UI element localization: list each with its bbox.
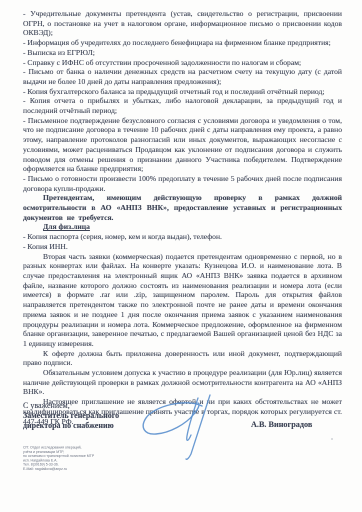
fineprint-line: E-Mail: nagdailova@anpz.ru bbox=[23, 467, 123, 471]
signatory-name: А.В. Виноградов bbox=[251, 420, 312, 429]
scan-artifact-dot bbox=[331, 438, 333, 440]
requirements-list: - Учредительные документы претендента (у… bbox=[23, 9, 342, 193]
contact-fineprint: СП: Отдел исследования операций, учёта и… bbox=[23, 446, 223, 498]
requirement-item: - Информация об учредителях до последнег… bbox=[23, 38, 342, 48]
document-page: - Учредительные документы претендента (у… bbox=[0, 0, 362, 512]
signatory-title-line2: директора по снабжению bbox=[23, 421, 119, 431]
body-paragraph: К оферте должна быть приложена доверенно… bbox=[23, 349, 342, 368]
requirement-item: - Выписка из ЕГРЮЛ; bbox=[23, 48, 342, 58]
fiz-person-heading-text: Для физ.лица bbox=[43, 222, 90, 231]
requirement-item: - Учредительные документы претендента (у… bbox=[23, 9, 342, 38]
requirement-item: - Копия бухгалтерского баланса за предыд… bbox=[23, 87, 342, 97]
body-paragraph: Вторая часть заявки (коммерческая) подае… bbox=[23, 252, 342, 349]
requirement-item: - Копия отчета о прибылях и убытках, либ… bbox=[23, 96, 342, 115]
signatory-title-line1: Заместитель генерального bbox=[23, 411, 119, 421]
fiz-person-item: - Копия ИНН. bbox=[23, 242, 342, 252]
salutation: С уважением, bbox=[23, 401, 119, 411]
document-body: - Учредительные документы претендента (у… bbox=[23, 9, 342, 426]
requirement-item: - Письменное подтверждение безусловного … bbox=[23, 116, 342, 174]
contact-fineprint-lines: СП: Отдел исследования операций, учёта и… bbox=[23, 446, 123, 472]
signature-block: С уважением, Заместитель генерального ди… bbox=[23, 401, 119, 431]
fiz-person-item: - Копия паспорта (серия, номер, кем и ко… bbox=[23, 232, 342, 242]
requirement-item: - Письмо о готовности произвести 100% пр… bbox=[23, 174, 342, 193]
fiz-person-heading: Для физ.лица bbox=[43, 222, 342, 232]
requirement-item: - Справку с ИФНС об отсутствии просрочен… bbox=[23, 58, 342, 68]
requirement-item: - Письмо от банка о наличии денежных сре… bbox=[23, 67, 342, 86]
notice-paragraph: Претендентам, имеющим действующую провер… bbox=[23, 193, 342, 222]
fiz-person-list: - Копия паспорта (серия, номер, кем и ко… bbox=[23, 232, 342, 251]
